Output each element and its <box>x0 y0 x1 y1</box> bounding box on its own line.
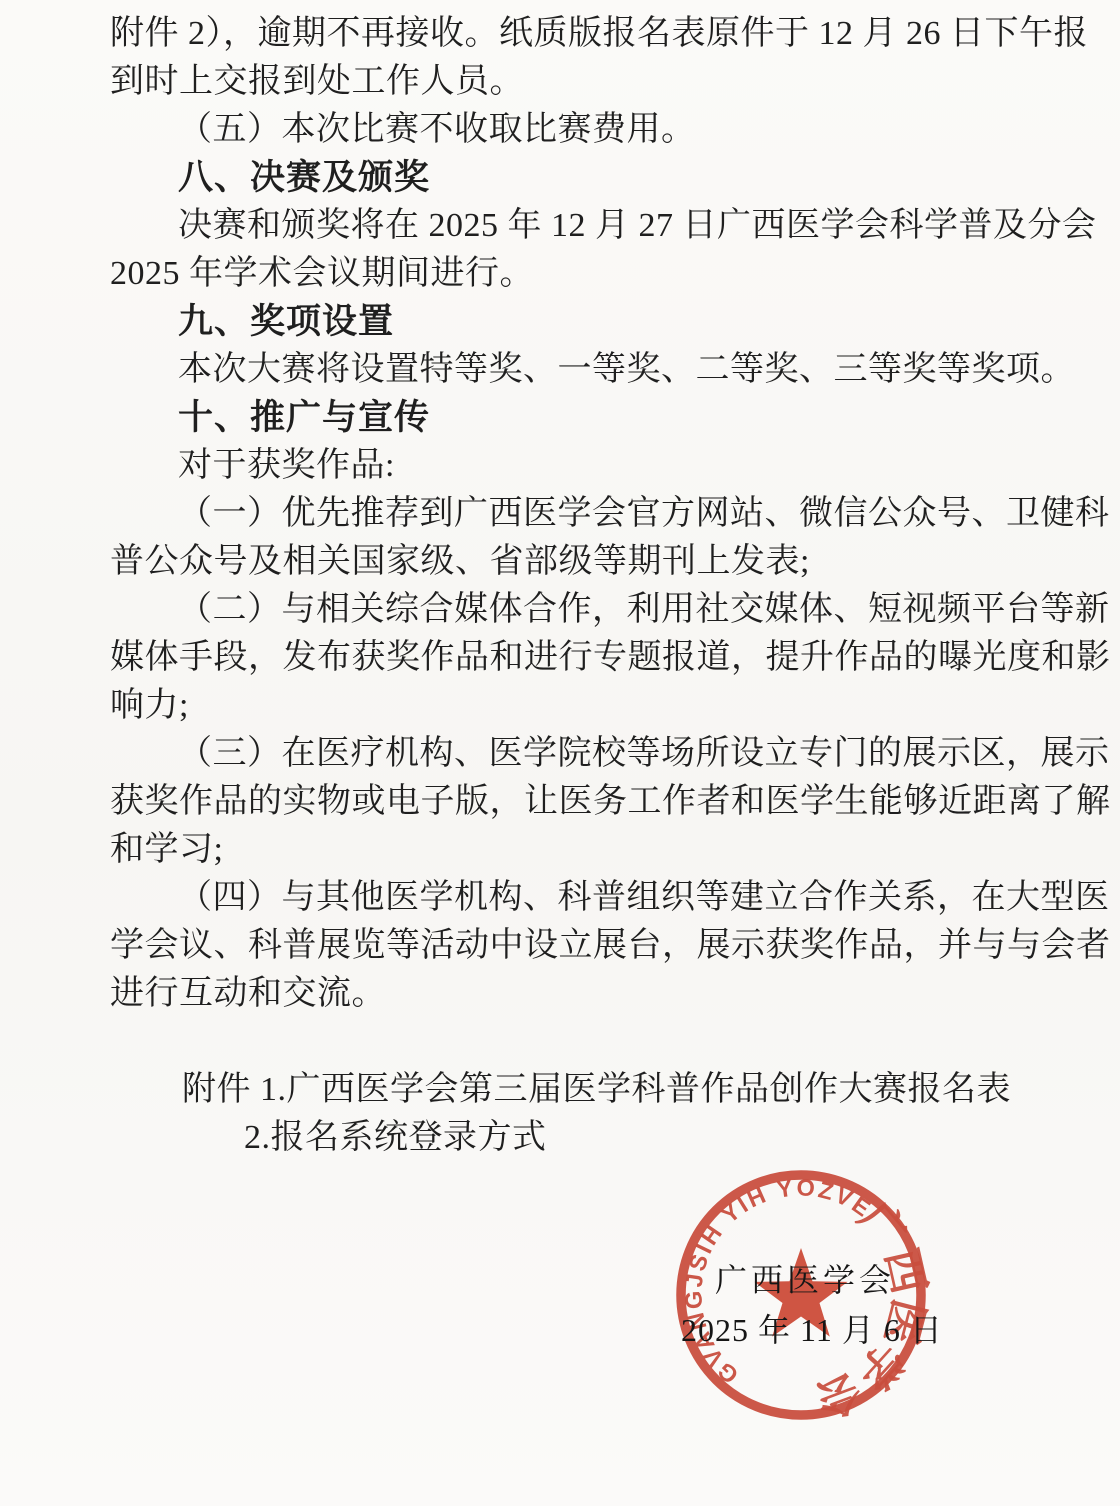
document-line: 普公众号及相关国家级、省部级等期刊上发表; <box>110 538 1022 586</box>
document-line: （二）与相关综合媒体合作，利用社交媒体、短视频平台等新 <box>110 586 1022 634</box>
document-line: 2025 年学术会议期间进行。 <box>110 250 1022 298</box>
signature-org: 广西医学会 <box>715 1262 895 1298</box>
attachment-line-1: 附件 1.广西医学会第三届医学科普作品创作大赛报名表 <box>110 1066 1022 1114</box>
document-line: 附件 2），逾期不再接收。纸质版报名表原件于 12 月 26 日下午报 <box>110 10 1022 58</box>
signature-date: 2025 年 11 月 6 日 <box>681 1312 943 1348</box>
document-page: 附件 2），逾期不再接收。纸质版报名表原件于 12 月 26 日下午报 到时上交… <box>0 0 1120 1506</box>
document-line: （五）本次比赛不收取比赛费用。 <box>110 106 1022 154</box>
document-line: （三）在医疗机构、医学院校等场所设立专门的展示区，展示 <box>110 730 1022 778</box>
document-line: 进行互动和交流。 <box>110 970 1022 1018</box>
document-line: 决赛和颁奖将在 2025 年 12 月 27 日广西医学会科学普及分会 <box>110 202 1022 250</box>
attachment-line-2: 2.报名系统登录方式 <box>110 1114 1022 1162</box>
section-heading-8: 八、决赛及颁奖 <box>110 154 1022 202</box>
document-line: 响力; <box>110 682 1022 730</box>
section-heading-9: 九、奖项设置 <box>110 298 1022 346</box>
document-line: 本次大赛将设置特等奖、一等奖、二等奖、三等奖等奖项。 <box>110 346 1022 394</box>
document-line: （一）优先推荐到广西医学会官方网站、微信公众号、卫健科 <box>110 490 1022 538</box>
section-heading-10: 十、推广与宣传 <box>110 394 1022 442</box>
document-line: 获奖作品的实物或电子版，让医务工作者和医学生能够近距离了解 <box>110 778 1022 826</box>
document-line: 学会议、科普展览等活动中设立展台，展示获奖作品，并与与会者 <box>110 922 1022 970</box>
document-line: 和学习; <box>110 826 1022 874</box>
document-body: 附件 2），逾期不再接收。纸质版报名表原件于 12 月 26 日下午报 到时上交… <box>110 10 1022 1162</box>
document-line: 媒体手段，发布获奖作品和进行专题报道，提升作品的曝光度和影 <box>110 634 1022 682</box>
document-line: （四）与其他医学机构、科普组织等建立合作关系，在大型医 <box>110 874 1022 922</box>
blank-line <box>110 1018 1022 1066</box>
document-line: 到时上交报到处工作人员。 <box>110 58 1022 106</box>
document-line: 对于获奖作品: <box>110 442 1022 490</box>
